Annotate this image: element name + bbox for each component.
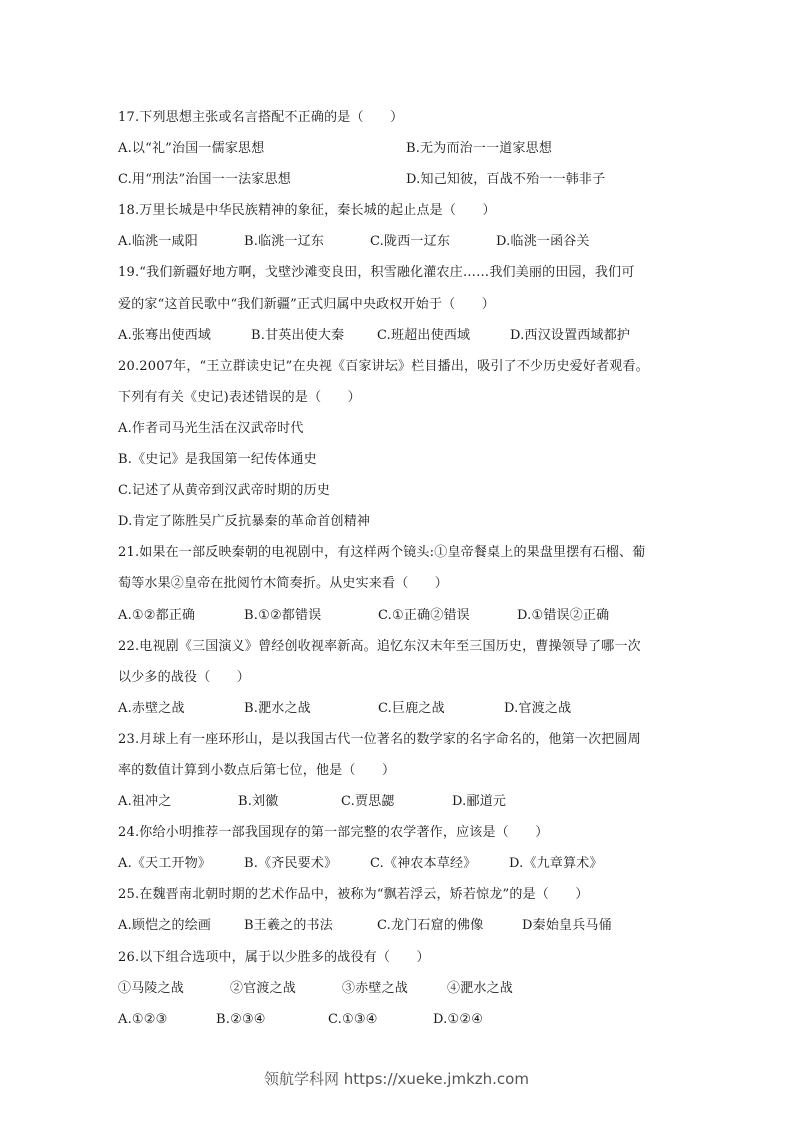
question-26-item-1: ①马陵之战 (118, 973, 230, 1004)
question-20-option-d: D.肯定了陈胜吴广反抗暴秦的革命首创精神 (118, 506, 678, 537)
question-18-options: A.临洮一咸阳 B.临洮一辽东 C.陇西一辽东 D.临洮一函谷关 (118, 226, 678, 257)
question-26-item-3: ③赤壁之战 (342, 973, 447, 1004)
question-25-option-d: D秦始皇兵马俑 (522, 910, 612, 941)
question-23-option-b: B.刘徽 (238, 786, 341, 817)
question-19-option-d: D.西汉设置西域都护 (510, 320, 630, 351)
question-20-option-b: B.《史记》是我国第一纪传体通史 (118, 444, 678, 475)
question-25-options: A.顾恺之的绘画 B王羲之的书法 C.龙门石窟的佛像 D秦始皇兵马俑 (118, 910, 678, 941)
question-25-stem: 25.在魏晋南北朝时期的艺术作品中，被称为“飘若浮云，矫若惊龙”的是（ ） (118, 879, 678, 910)
question-20-option-a: A.作者司马光生活在汉武帝时代 (118, 413, 678, 444)
question-19-options: A.张骞出使西域 B.甘英出使大秦 C.班超出使西域 D.西汉设置西域都护 (118, 320, 678, 351)
question-24-option-c: C.《神农本草经》 (370, 848, 509, 879)
question-23-option-d: D.郦道元 (452, 786, 506, 817)
question-25-option-c: C.龙门石窟的佛像 (377, 910, 522, 941)
question-24-option-d: D.《九章算术》 (509, 848, 603, 879)
question-22-option-b: B.淝水之战 (244, 693, 378, 724)
question-22-stem-line-1: 22.电视剧《三国演义》曾经创收视率新高。追忆东汉末年至三国历史，曹操领导了哪一… (118, 631, 678, 662)
question-23-stem-line-1: 23.月球上有一座环形山，是以我国古代一位著名的数学家的名字命名的，他第一次把圆… (118, 724, 678, 755)
question-21-option-d: D.①错误②正确 (517, 600, 609, 631)
question-26-option-d: D.①②④ (433, 1004, 483, 1035)
question-19-option-a: A.张骞出使西域 (118, 320, 251, 351)
question-17-option-a: A.以“礼”治国一儒家思想 (118, 133, 406, 164)
question-22-option-d: D.官渡之战 (504, 693, 571, 724)
question-26-item-4: ④淝水之战 (447, 973, 513, 1004)
question-23-options: A.祖冲之 B.刘徽 C.贾思勰 D.郦道元 (118, 786, 678, 817)
question-17-stem: 17.下列思想主张或名言搭配不正确的是（ ） (118, 102, 678, 133)
question-18-option-b: B.临洮一辽东 (244, 226, 370, 257)
question-20-option-c: C.记述了从黄帝到汉武帝时期的历史 (118, 475, 678, 506)
question-24-stem: 24.你给小明推荐一部我国现存的第一部完整的农学著作，应该是（ ） (118, 817, 678, 848)
question-19-stem-line-2: 爱的家“这首民歌中“我们新疆”正式归属中央政权开始于（ ） (118, 289, 678, 320)
question-18-option-c: C.陇西一辽东 (370, 226, 496, 257)
question-22-stem-line-2: 以少多的战役（ ） (118, 662, 678, 693)
question-23-stem-line-2: 率的数值计算到小数点后第七位，他是（ ） (118, 755, 678, 786)
question-17-options-row-2: C.用“刑法”治国一一法家思想 D.知己知彼，百战不殆一一韩非子 (118, 164, 678, 195)
question-21-stem-line-2: 萄等水果②皇帝在批阅竹木简奏折。从史实来看（ ） (118, 568, 678, 599)
question-19-option-b: B.甘英出使大秦 (251, 320, 377, 351)
question-26-option-b: B.②③④ (216, 1004, 328, 1035)
question-17-option-c: C.用“刑法”治国一一法家思想 (118, 164, 406, 195)
question-21-option-b: B.①②都错误 (244, 600, 378, 631)
question-19-option-c: C.班超出使西域 (377, 320, 510, 351)
question-23-option-a: A.祖冲之 (118, 786, 238, 817)
question-26-item-2: ②官渡之战 (230, 973, 342, 1004)
question-23-option-c: C.贾思勰 (341, 786, 452, 817)
question-17-option-b: B.无为而治一一道家思想 (406, 133, 552, 164)
question-26-option-a: A.①②③ (118, 1004, 216, 1035)
footer-watermark: 领航学科网 https://xueke.jmkzh.com (0, 1068, 793, 1089)
question-19-stem-line-1: 19.“我们新疆好地方啊，戈壁沙滩变良田，积雪融化灌农庄……我们美丽的田园，我们… (118, 257, 678, 288)
question-22-option-a: A.赤壁之战 (118, 693, 244, 724)
question-21-options: A.①②都正确 B.①②都错误 C.①正确②错误 D.①错误②正确 (118, 600, 678, 631)
exam-page: 17.下列思想主张或名言搭配不正确的是（ ） A.以“礼”治国一儒家思想 B.无… (118, 102, 678, 1035)
question-26-stem: 26.以下组合选项中，属于以少胜多的战役有（ ） (118, 942, 678, 973)
question-20-stem-line-1: 20.2007年，“王立群读史记”在央视《百家讲坛》栏目播出，吸引了不少历史爱好… (118, 351, 678, 382)
question-20-stem-line-2: 下列有有关《史记)表述错误的是（ ） (118, 382, 678, 413)
question-22-options: A.赤壁之战 B.淝水之战 C.巨鹿之战 D.官渡之战 (118, 693, 678, 724)
question-24-option-a: A.《天工开物》 (118, 848, 244, 879)
question-17-option-d: D.知己知彼，百战不殆一一韩非子 (406, 164, 605, 195)
question-25-option-a: A.顾恺之的绘画 (118, 910, 244, 941)
question-21-stem-line-1: 21.如果在一部反映秦朝的电视剧中，有这样两个镜头:①皇帝餐桌上的果盘里摆有石榴… (118, 537, 678, 568)
question-26-options: A.①②③ B.②③④ C.①③④ D.①②④ (118, 1004, 678, 1035)
question-25-option-b: B王羲之的书法 (244, 910, 377, 941)
question-18-option-d: D.临洮一函谷关 (496, 226, 622, 257)
question-18-stem: 18.万里长城是中华民族精神的象征，秦长城的起止点是（ ） (118, 195, 678, 226)
question-22-option-c: C.巨鹿之战 (378, 693, 504, 724)
question-21-option-a: A.①②都正确 (118, 600, 244, 631)
question-21-option-c: C.①正确②错误 (378, 600, 517, 631)
question-26-items: ①马陵之战 ②官渡之战 ③赤壁之战 ④淝水之战 (118, 973, 678, 1004)
question-18-option-a: A.临洮一咸阳 (118, 226, 244, 257)
question-17-options-row-1: A.以“礼”治国一儒家思想 B.无为而治一一道家思想 (118, 133, 678, 164)
question-26-option-c: C.①③④ (328, 1004, 433, 1035)
question-24-option-b: B.《齐民要术》 (244, 848, 370, 879)
question-24-options: A.《天工开物》 B.《齐民要术》 C.《神农本草经》 D.《九章算术》 (118, 848, 678, 879)
